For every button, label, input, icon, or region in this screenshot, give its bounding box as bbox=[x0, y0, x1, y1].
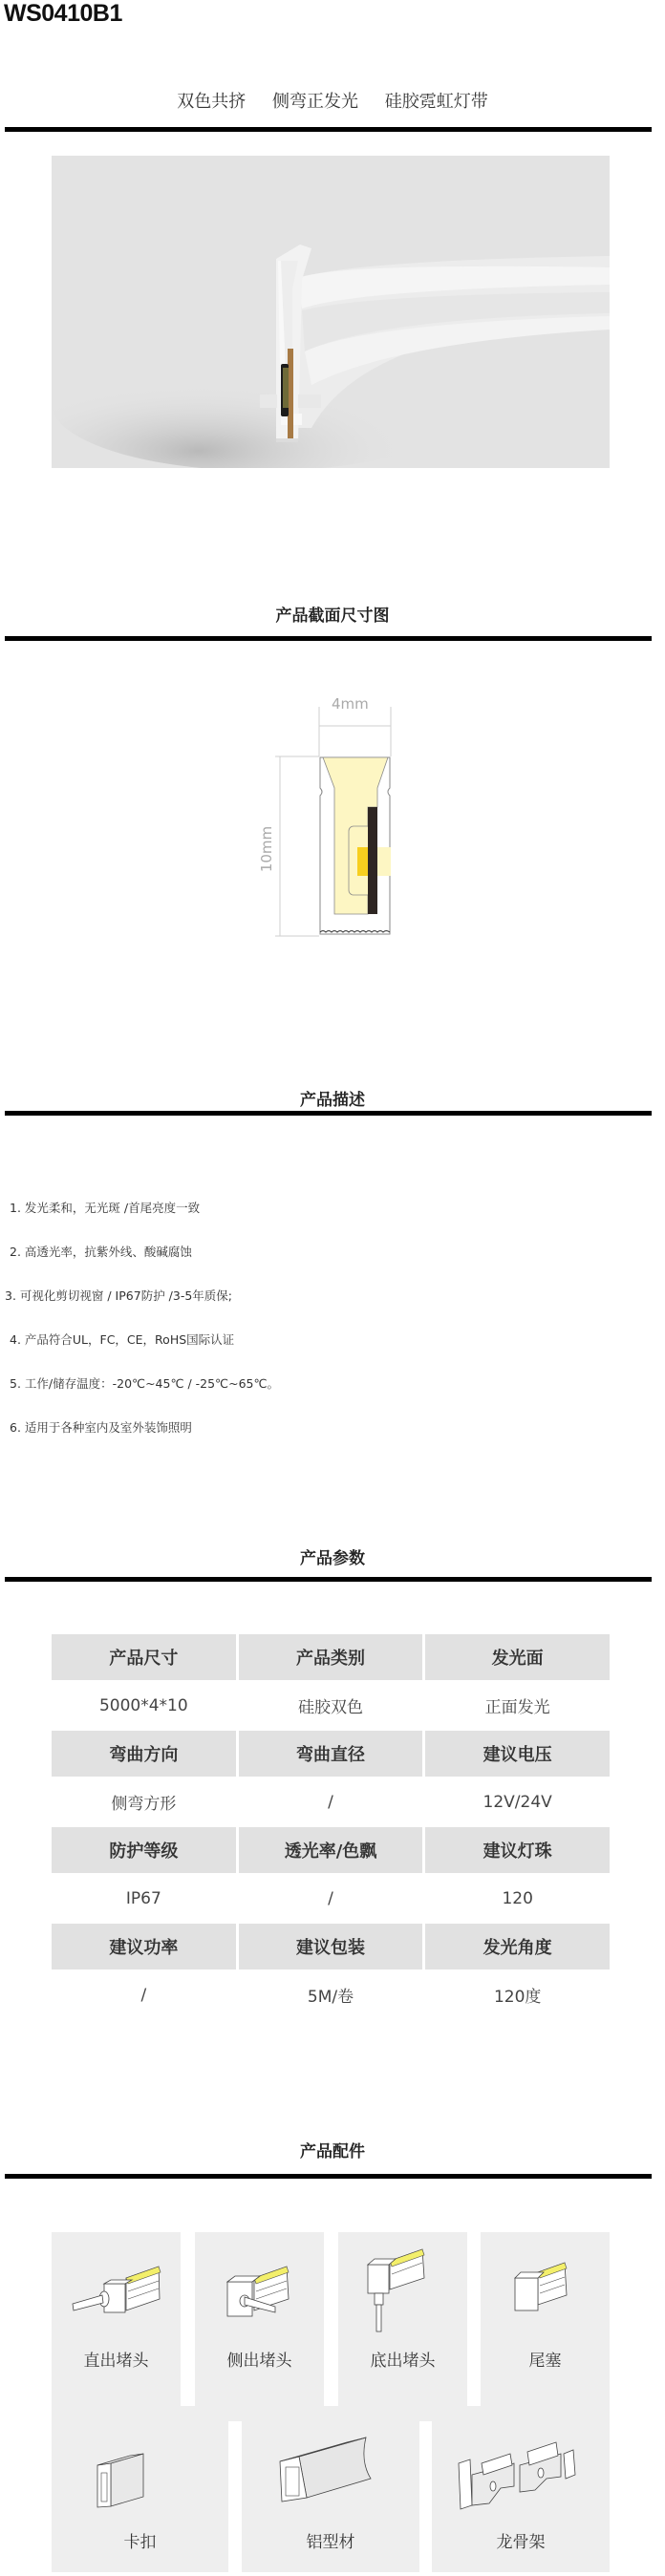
neon-strip-render-icon bbox=[52, 156, 610, 468]
accessory-tile-bottom-end-cap: 底出堵头 bbox=[338, 2232, 467, 2421]
spec-value-row: / 5M/卷 120度 bbox=[52, 1969, 610, 2020]
description-item-1: 1. 发光柔和，无光斑 /首尾亮度一致 bbox=[10, 1199, 200, 1216]
product-hero-image bbox=[52, 156, 610, 468]
accessory-tile-side-end-cap: 侧出堵头 bbox=[195, 2232, 324, 2421]
divider bbox=[5, 636, 652, 641]
accessory-label: 底出堵头 bbox=[338, 2347, 467, 2371]
description-item-4: 4. 产品符合UL，FC，CE，RoHS国际认证 bbox=[10, 1331, 234, 1348]
accessory-label: 尾塞 bbox=[481, 2347, 610, 2371]
spec-value-cell: 120度 bbox=[425, 1969, 610, 2020]
divider bbox=[5, 1577, 652, 1582]
spec-value-cell: / bbox=[239, 1873, 423, 1924]
spec-value-cell: 正面发光 bbox=[425, 1680, 610, 1731]
spec-header-row: 建议功率 建议包装 发光角度 bbox=[52, 1924, 610, 1969]
accessory-tile-clip: 卡扣 bbox=[52, 2406, 228, 2572]
height-dimension-label: 10mm bbox=[258, 820, 275, 878]
product-model: WS0410B1 bbox=[4, 0, 122, 28]
spec-value-cell: 12V/24V bbox=[425, 1777, 610, 1827]
accessory-label: 铝型材 bbox=[242, 2528, 419, 2552]
divider bbox=[5, 2174, 652, 2179]
accessory-tile-mounting-frame: 龙骨架 bbox=[432, 2406, 610, 2572]
description-item-6: 6. 适用于各种室内及室外装饰照明 bbox=[10, 1418, 192, 1436]
spec-header-row: 弯曲方向 弯曲直径 建议电压 bbox=[52, 1731, 610, 1777]
divider bbox=[5, 1111, 652, 1116]
tail-plug-icon bbox=[481, 2251, 610, 2328]
bottom-end-cap-icon bbox=[338, 2242, 467, 2337]
accessory-tile-tail-plug: 尾塞 bbox=[481, 2232, 610, 2421]
spec-header-cell: 产品类别 bbox=[239, 1634, 423, 1680]
aluminum-profile-icon bbox=[242, 2433, 419, 2509]
accessory-label: 卡扣 bbox=[52, 2528, 228, 2552]
side-end-cap-icon bbox=[195, 2251, 324, 2328]
width-dimension-label: 4mm bbox=[332, 695, 369, 713]
section-title-parameters: 产品参数 bbox=[0, 1544, 665, 1568]
description-item-3: 3. 可视化剪切视窗 / IP67防护 /3-5年质保; bbox=[5, 1287, 232, 1304]
spec-value-cell: 120 bbox=[425, 1873, 610, 1924]
accessory-label: 侧出堵头 bbox=[195, 2347, 324, 2371]
spec-header-cell: 建议包装 bbox=[239, 1924, 423, 1969]
straight-end-cap-icon bbox=[52, 2251, 181, 2328]
section-title-description: 产品描述 bbox=[0, 1086, 665, 1110]
spec-header-cell: 建议功率 bbox=[52, 1924, 236, 1969]
product-tagline: 双色共挤 侧弯正发光 硅胶霓虹灯带 bbox=[0, 88, 665, 113]
spec-header-cell: 发光角度 bbox=[425, 1924, 610, 1969]
tag-silicone-neon: 硅胶霓虹灯带 bbox=[385, 92, 488, 112]
description-item-2: 2. 高透光率，抗紫外线、酸碱腐蚀 bbox=[10, 1243, 192, 1260]
spec-header-cell: 产品尺寸 bbox=[52, 1634, 236, 1680]
spec-value-row: 侧弯方形 / 12V/24V bbox=[52, 1777, 610, 1827]
section-title-cross-section: 产品截面尺寸图 bbox=[0, 602, 665, 626]
tag-dual-color: 双色共挤 bbox=[177, 92, 246, 112]
spec-header-row: 产品尺寸 产品类别 发光面 bbox=[52, 1634, 610, 1680]
accessory-label: 直出堵头 bbox=[52, 2347, 181, 2371]
spec-value-cell: 5M/卷 bbox=[239, 1969, 423, 2020]
spec-value-cell: 5000*4*10 bbox=[52, 1680, 236, 1731]
spec-header-cell: 透光率/色飘 bbox=[239, 1827, 423, 1873]
description-item-5: 5. 工作/储存温度：-20℃~45℃ / -25℃~65℃。 bbox=[10, 1374, 279, 1392]
spec-value-cell: 硅胶双色 bbox=[239, 1680, 423, 1731]
accessory-tile-aluminum-profile: 铝型材 bbox=[242, 2406, 419, 2572]
spec-value-cell: IP67 bbox=[52, 1873, 236, 1924]
mounting-frame-icon bbox=[432, 2427, 610, 2513]
spec-header-cell: 发光面 bbox=[425, 1634, 610, 1680]
spec-value-row: IP67 / 120 bbox=[52, 1873, 610, 1924]
spec-table: 产品尺寸 产品类别 发光面 5000*4*10 硅胶双色 正面发光 弯曲方向 弯… bbox=[52, 1634, 610, 2020]
spec-value-row: 5000*4*10 硅胶双色 正面发光 bbox=[52, 1680, 610, 1731]
spec-header-cell: 防护等级 bbox=[52, 1827, 236, 1873]
clip-icon bbox=[52, 2444, 228, 2511]
spec-value-cell: / bbox=[239, 1777, 423, 1827]
spec-value-cell: 侧弯方形 bbox=[52, 1777, 236, 1827]
spec-header-cell: 建议电压 bbox=[425, 1731, 610, 1777]
dimension-diagram: 4mm 10mm bbox=[248, 697, 420, 955]
section-title-accessories: 产品配件 bbox=[0, 2138, 665, 2161]
spec-header-cell: 建议灯珠 bbox=[425, 1827, 610, 1873]
accessory-label: 龙骨架 bbox=[432, 2528, 610, 2552]
spec-header-cell: 弯曲方向 bbox=[52, 1731, 236, 1777]
accessory-tile-straight-end-cap: 直出堵头 bbox=[52, 2232, 181, 2421]
tag-side-bend: 侧弯正发光 bbox=[272, 92, 358, 112]
divider bbox=[5, 127, 652, 132]
spec-header-row: 防护等级 透光率/色飘 建议灯珠 bbox=[52, 1827, 610, 1873]
spec-header-cell: 弯曲直径 bbox=[239, 1731, 423, 1777]
spec-value-cell: / bbox=[52, 1969, 236, 2020]
